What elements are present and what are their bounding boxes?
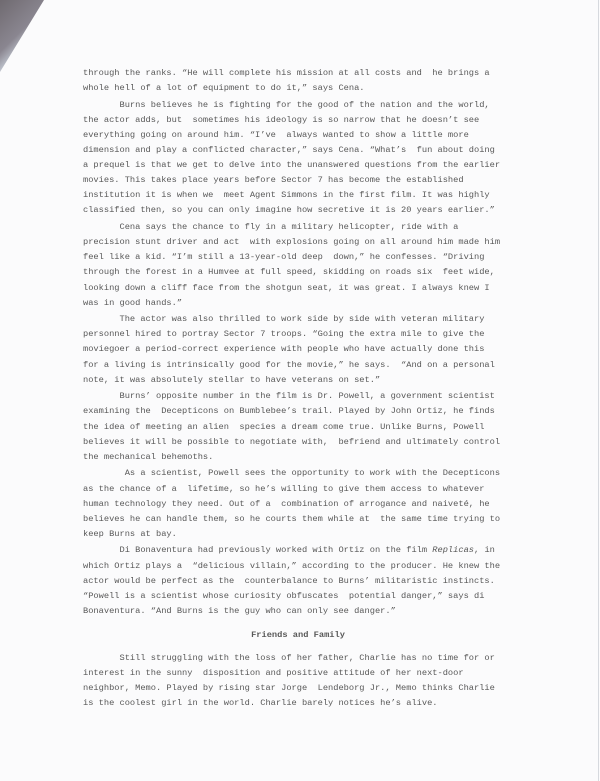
text-line: interest in the sunny disposition and po… bbox=[83, 666, 523, 681]
text-line: moviegoer a period-correct experience wi… bbox=[83, 342, 523, 357]
text-line: was in good hands.” bbox=[83, 296, 523, 311]
text-line: the idea of meeting an alien species a d… bbox=[83, 420, 523, 435]
text-line: dimension and play a conflicted characte… bbox=[83, 143, 523, 158]
text-line: personnel hired to portray Sector 7 troo… bbox=[83, 327, 523, 342]
text-line: through the forest in a Humvee at full s… bbox=[83, 265, 523, 280]
paragraph-3: Cena says the chance to fly in a militar… bbox=[83, 220, 523, 311]
text-line: Burns believes he is fighting for the go… bbox=[83, 98, 523, 113]
text-line: Burns’ opposite number in the film is Dr… bbox=[83, 389, 523, 404]
text-line: the actor adds, but sometimes his ideolo… bbox=[83, 113, 523, 128]
text-line: Di Bonaventura had previously worked wit… bbox=[83, 543, 523, 558]
text-line: which Ortiz plays a “delicious villain,”… bbox=[83, 559, 523, 574]
text-line: the mechanical behemoths. bbox=[83, 450, 523, 465]
text-line: The actor was also thrilled to work side… bbox=[83, 312, 523, 327]
scan-right-edge bbox=[598, 0, 599, 781]
text-line: is the coolest girl in the world. Charli… bbox=[83, 696, 523, 711]
text-line: for a living is intrinsically good for t… bbox=[83, 358, 523, 373]
text-line: examining the Decepticons on Bumblebee’s… bbox=[83, 404, 523, 419]
text-line: note, it was absolutely stellar to have … bbox=[83, 373, 523, 388]
text-line: neighbor, Memo. Played by rising star Jo… bbox=[83, 681, 523, 696]
paragraph-7: Di Bonaventura had previously worked wit… bbox=[83, 543, 523, 618]
document-page: through the ranks. “He will complete his… bbox=[83, 66, 523, 711]
text-line: a prequel is that we get to delve into t… bbox=[83, 158, 523, 173]
text-line: Still struggling with the loss of her fa… bbox=[83, 651, 523, 666]
scan-shadow-corner bbox=[0, 0, 44, 72]
text-line: precision stunt driver and act with expl… bbox=[83, 235, 523, 250]
text-line: looking down a cliff face from the shotg… bbox=[83, 281, 523, 296]
text-line: everything going on around him. “I’ve al… bbox=[83, 128, 523, 143]
film-title-replicas: Replicas bbox=[432, 545, 474, 555]
text-segment: Di Bonaventura had previously worked wit… bbox=[83, 545, 432, 555]
text-line: keep Burns at bay. bbox=[83, 527, 523, 542]
text-line: actor would be perfect as the counterbal… bbox=[83, 574, 523, 589]
text-line: as the chance of a lifetime, so he’s wil… bbox=[83, 482, 523, 497]
text-line: through the ranks. “He will complete his… bbox=[83, 66, 523, 81]
text-line: “Powell is a scientist whose curiosity o… bbox=[83, 589, 523, 604]
text-segment: , in bbox=[474, 545, 495, 555]
text-line: whole hell of a lot of equipment to do i… bbox=[83, 81, 523, 96]
text-line: As a scientist, Powell sees the opportun… bbox=[83, 466, 523, 481]
paragraph-2: Burns believes he is fighting for the go… bbox=[83, 98, 523, 219]
text-line: classified then, so you can only imagine… bbox=[83, 203, 523, 218]
text-line: believes it will be possible to negotiat… bbox=[83, 435, 523, 450]
section-heading: Friends and Family bbox=[83, 628, 513, 643]
paragraph-1: through the ranks. “He will complete his… bbox=[83, 66, 523, 96]
text-line: Cena says the chance to fly in a militar… bbox=[83, 220, 523, 235]
text-line: Bonaventura. “And Burns is the guy who c… bbox=[83, 604, 523, 619]
text-line: feel like a kid. “I’m still a 13-year-ol… bbox=[83, 250, 523, 265]
paragraph-friends-and-family: Still struggling with the loss of her fa… bbox=[83, 651, 523, 711]
paragraph-5: Burns’ opposite number in the film is Dr… bbox=[83, 389, 523, 464]
text-line: human technology they need. Out of a com… bbox=[83, 497, 523, 512]
text-line: movies. This takes place years before Se… bbox=[83, 173, 523, 188]
paragraph-6: As a scientist, Powell sees the opportun… bbox=[83, 466, 523, 541]
paragraph-4: The actor was also thrilled to work side… bbox=[83, 312, 523, 387]
text-line: institution it is when we meet Agent Sim… bbox=[83, 188, 523, 203]
text-line: believes he can handle them, so he court… bbox=[83, 512, 523, 527]
